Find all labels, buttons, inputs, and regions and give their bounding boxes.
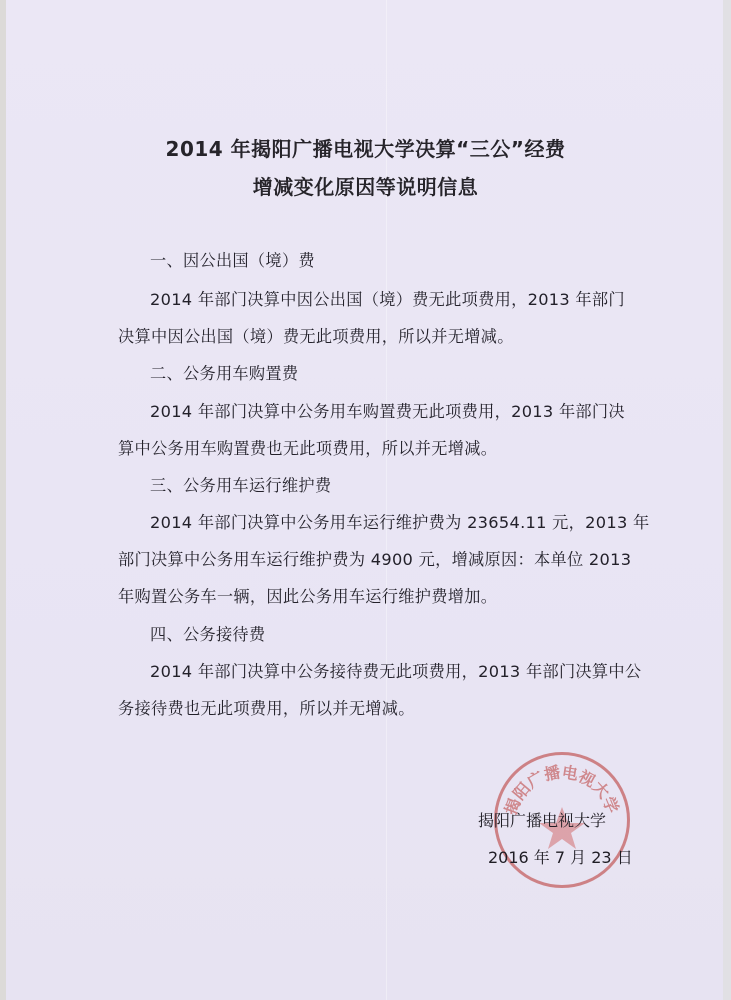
section-heading-vehicle-purchase: 二、公务用车购置费 [150,360,298,384]
signature-date: 2016 年 7 月 23 日 [488,845,633,868]
document-title-line2: 增减变化原因等说明信息 [0,171,731,200]
section-text: 决算中因公出国（境）费无此项费用，所以并无增减。 [118,323,514,347]
section-text: 算中公务用车购置费也无此项费用，所以并无增减。 [118,435,497,459]
section-text: 2014 年部门决算中公务接待费无此项费用，2013 年部门决算中公 [150,658,641,682]
section-text: 务接待费也无此项费用，所以并无增减。 [118,695,415,719]
section-text: 2014 年部门决算中因公出国（境）费无此项费用，2013 年部门 [150,286,625,310]
section-heading-vehicle-maintenance: 三、公务用车运行维护费 [150,472,331,496]
document-title-line1: 2014 年揭阳广播电视大学决算“三公”经费 [0,133,731,162]
section-heading-reception: 四、公务接待费 [150,621,265,645]
section-text: 2014 年部门决算中公务用车运行维护费为 23654.11 元，2013 年 [150,509,649,533]
section-text: 部门决算中公务用车运行维护费为 4900 元，增减原因：本单位 2013 [118,546,631,570]
signature-organization: 揭阳广播电视大学 [478,808,606,831]
section-text: 2014 年部门决算中公务用车购置费无此项费用，2013 年部门决 [150,398,625,422]
section-text: 年购置公务车一辆，因此公务用车运行维护费增加。 [118,583,497,607]
section-heading-overseas-travel: 一、因公出国（境）费 [150,247,315,271]
